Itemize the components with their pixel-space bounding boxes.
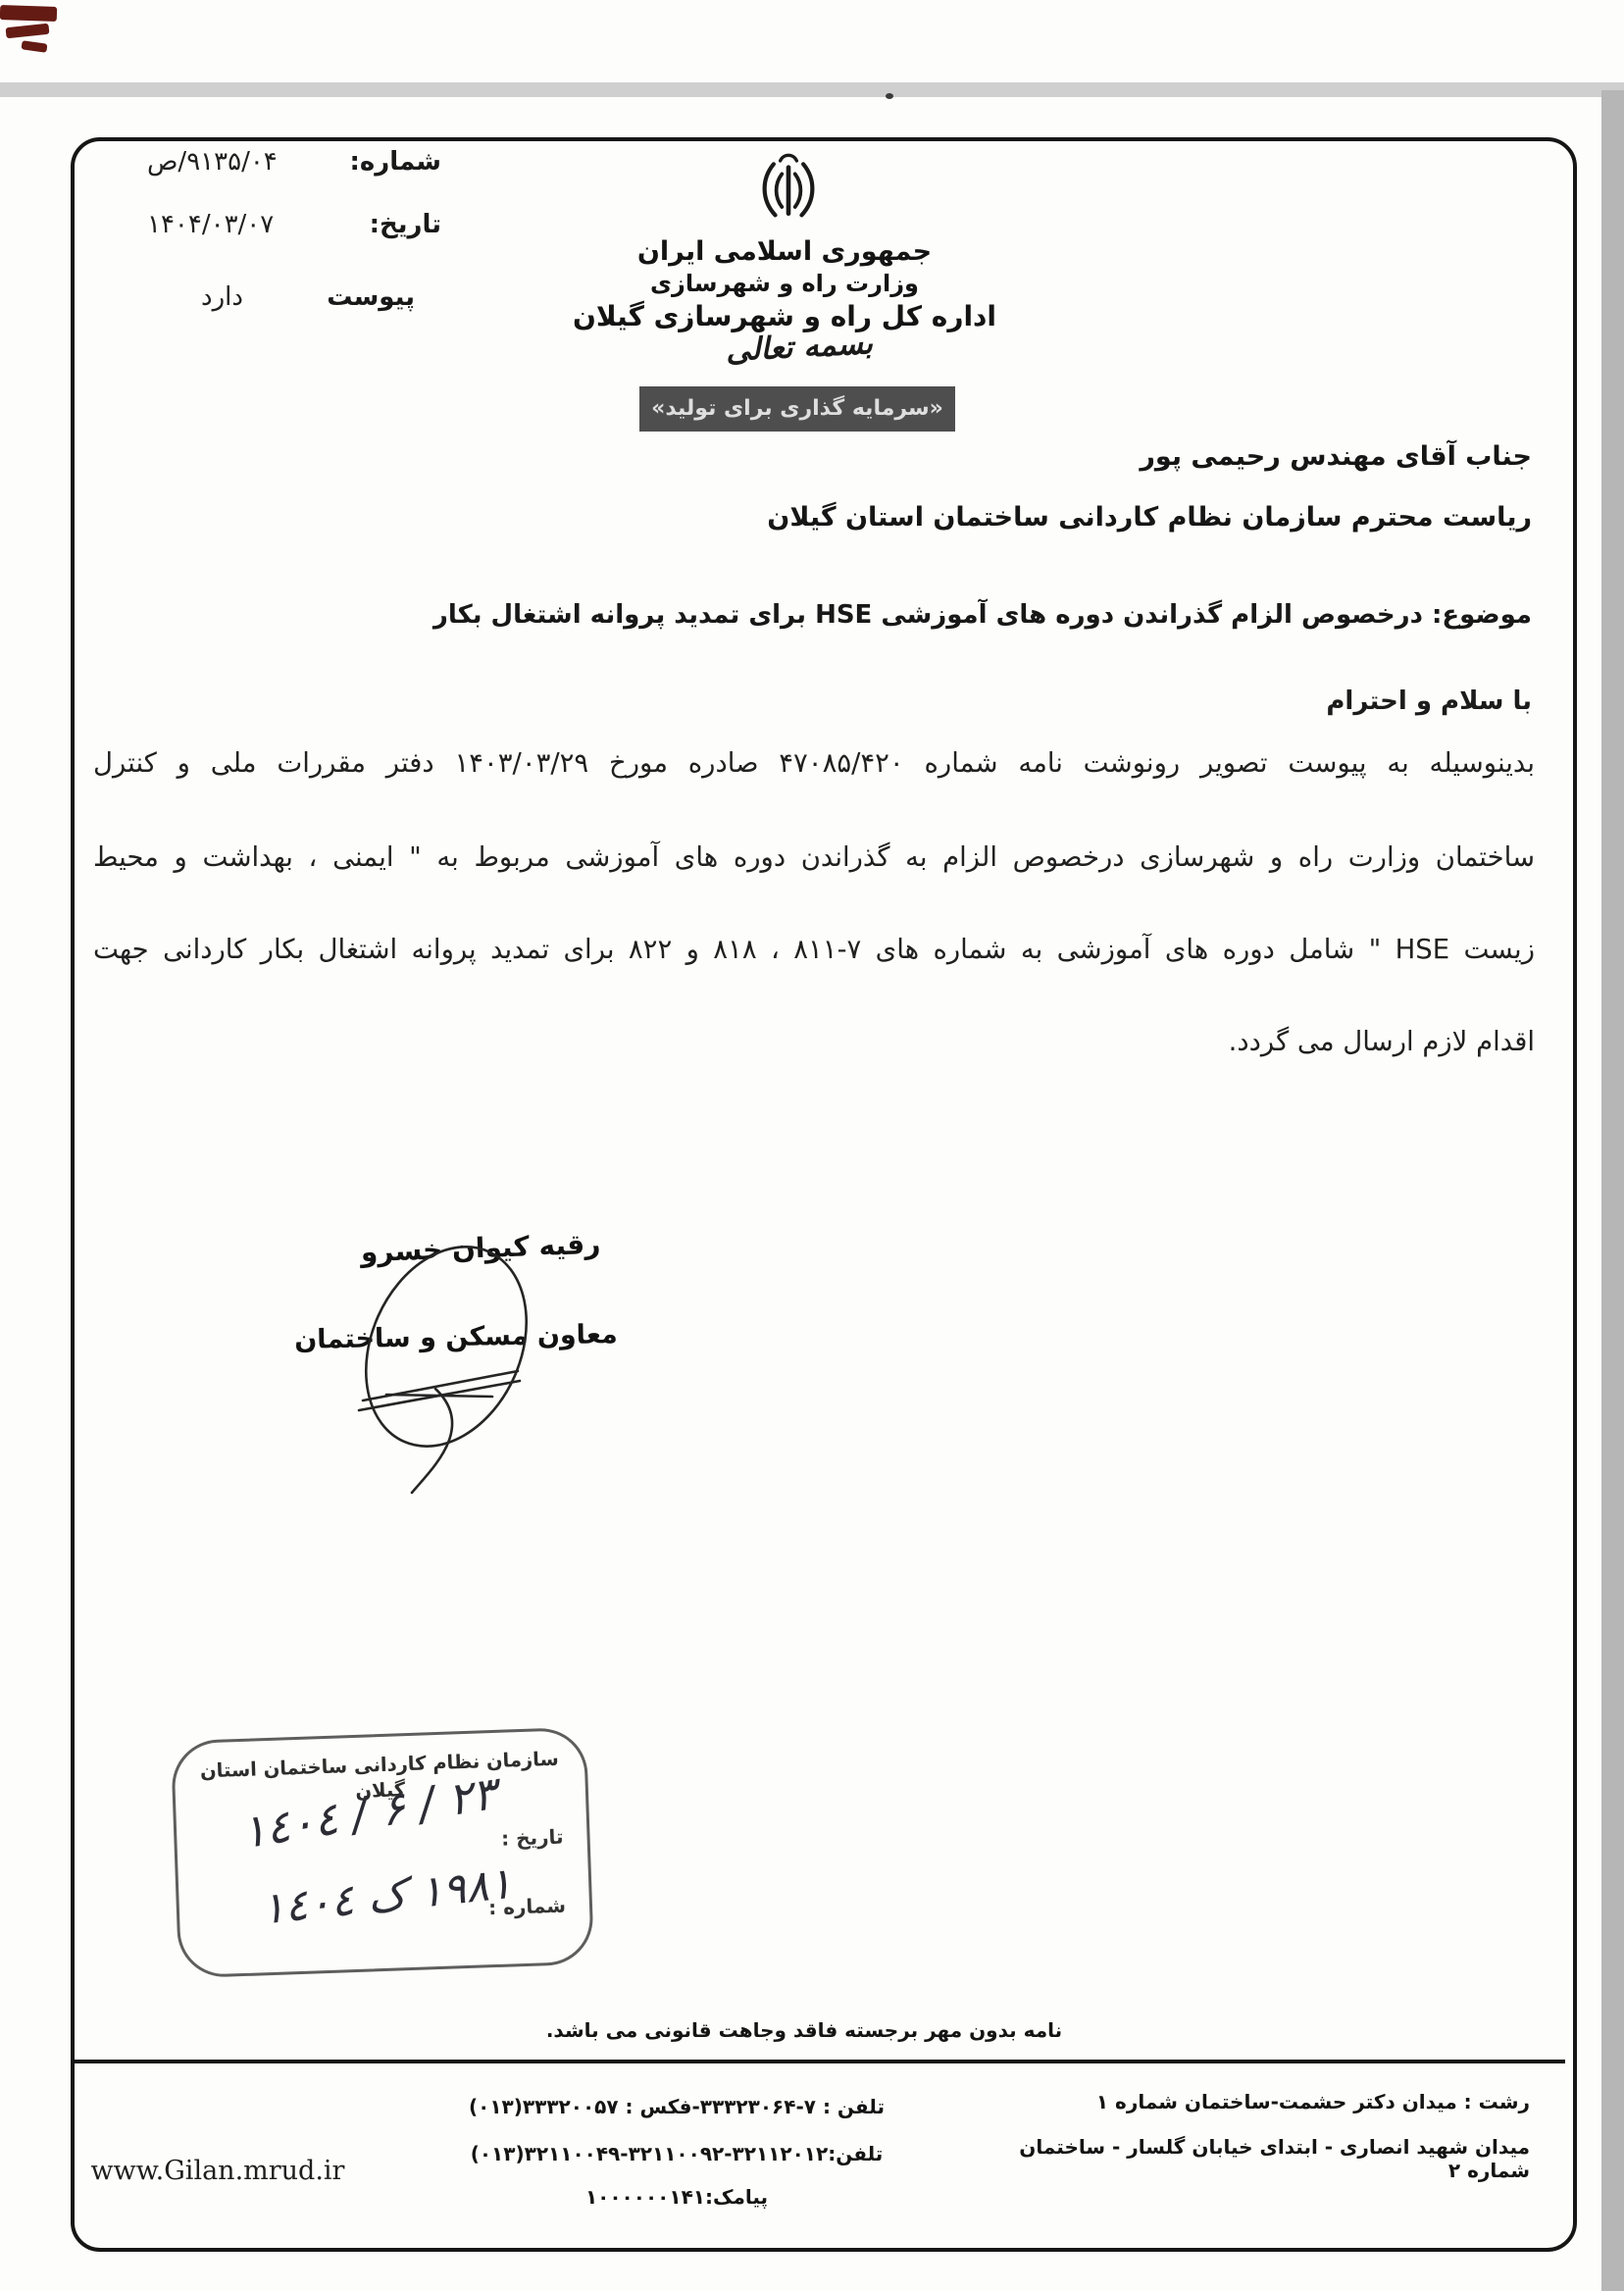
scan-artifact-red-streak xyxy=(0,5,57,22)
recipient-title: ریاست محترم سازمان نظام کاردانی ساختمان … xyxy=(686,502,1532,533)
footer-phone-1: تلفن : ۷-۳۳۳۲۳۰۶۴-فکس : ۳۳۳۲۰۰۵۷(۰۱۳) xyxy=(422,2095,932,2118)
letterhead-titles: جمهوری اسلامی ایران وزارت راه و شهرسازی … xyxy=(549,235,1020,334)
scan-right-edge xyxy=(1601,90,1624,2291)
scan-speck xyxy=(886,93,893,99)
salutation-line: با سلام و احترام xyxy=(686,687,1532,716)
letter-number-row: شماره: ۹۱۳۵/۰۴/ص xyxy=(147,147,441,177)
letter-attachment-label: پیوست xyxy=(327,282,415,312)
letter-date-value: ۱۴۰۴/۰۳/۰۷ xyxy=(147,210,274,239)
scan-artifact-red-streak xyxy=(22,40,48,53)
body-line-3: زیست HSE " شامل دوره های آموزشی به شماره… xyxy=(93,934,1535,965)
footer-address-1: رشت : میدان دکتر حشمت-ساختمان شماره ۱ xyxy=(981,2090,1530,2113)
footer-website: www.Gilan.mrud.ir xyxy=(71,2156,365,2186)
recipient-name: جناب آقای مهندس رحیمی پور xyxy=(686,441,1532,472)
iran-emblem-icon xyxy=(747,139,830,233)
letter-date-label: تاریخ: xyxy=(370,210,441,239)
footer-phone-2: تلفن:۳۲۱۱۲۰۱۲-۳۲۱۱۰۰۹۲-۳۲۱۱۰۰۴۹(۰۱۳) xyxy=(422,2142,932,2165)
footer-address-2: میدان شهید انصاری - ابتدای خیابان گلسار … xyxy=(981,2135,1530,2182)
letter-number-label: شماره: xyxy=(350,147,441,177)
scan-band xyxy=(0,82,1624,97)
letterhead-ministry: وزارت راه و شهرسازی xyxy=(549,269,1020,299)
letter-attachment-row: پیوست دارد xyxy=(201,282,415,312)
receipt-stamp: سازمان نظام کاردانی ساختمان استان گیلان … xyxy=(171,1727,594,1979)
footer-sms: پیامک:۱۰۰۰۰۰۰۱۴۱ xyxy=(422,2185,932,2209)
letterhead-country: جمهوری اسلامی ایران xyxy=(549,235,1020,269)
scan-artifact-red-streak xyxy=(6,24,50,39)
footer-divider-line xyxy=(75,2060,1565,2063)
year-slogan-banner: «سرمایه گذاری برای تولید» xyxy=(639,386,955,432)
body-line-2: ساختمان وزارت راه و شهرسازی درخصوص الزام… xyxy=(93,841,1535,873)
letterhead-department: اداره کل راه و شهرسازی گیلان xyxy=(549,299,1020,334)
letter-number-value: ۹۱۳۵/۰۴/ص xyxy=(147,147,278,177)
letter-attachment-value: دارد xyxy=(201,282,243,312)
legal-note: نامه بدون مهر برجسته فاقد وجاهت قانونی م… xyxy=(392,2018,1216,2042)
stamp-handwritten-number: ۱۹۸۱ ک ١٤٠٤ xyxy=(187,1858,515,1942)
stamp-date-label: تاریخ : xyxy=(501,1825,564,1851)
body-line-4: اقدام لازم ارسال می گردد. xyxy=(93,1026,1535,1057)
subject-line: موضوع: درخصوص الزام گذراندن دوره های آمو… xyxy=(118,600,1532,630)
letter-date-row: تاریخ: ۱۴۰۴/۰۳/۰۷ xyxy=(147,210,441,239)
body-line-1: بدینوسیله به پیوست تصویر رونوشت نامه شما… xyxy=(93,747,1535,779)
handwritten-signature xyxy=(333,1226,569,1501)
scanned-letter-page: شماره: ۹۱۳۵/۰۴/ص تاریخ: ۱۴۰۴/۰۳/۰۷ پیوست… xyxy=(0,0,1624,2291)
